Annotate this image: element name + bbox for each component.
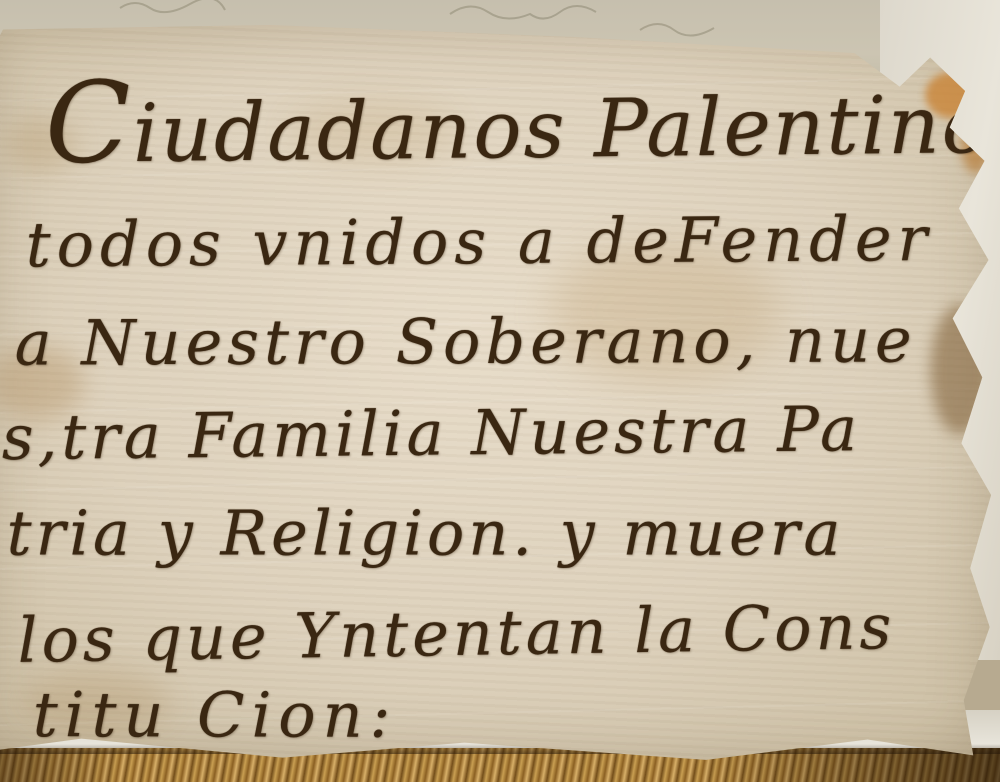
slip-drop-shadow: [0, 744, 1000, 754]
manuscript-photo: Ciudadanos Palentinos todos vnidos a deF…: [0, 0, 1000, 782]
manuscript-slip: Ciudadanos Palentinos todos vnidos a deF…: [0, 22, 996, 767]
manuscript-line: tria y Religion. y muera: [7, 497, 845, 570]
manuscript-line: s,tra Familia Nuestra Pa: [1, 392, 861, 474]
manuscript-line: Ciudadanos Palentinos: [44, 49, 1000, 189]
manuscript-line: a Nuestro Soberano, nue: [15, 303, 917, 379]
manuscript-line: los que Yntentan la Cons: [17, 590, 896, 677]
manuscript-line: todos vnidos a deFender: [25, 202, 933, 281]
